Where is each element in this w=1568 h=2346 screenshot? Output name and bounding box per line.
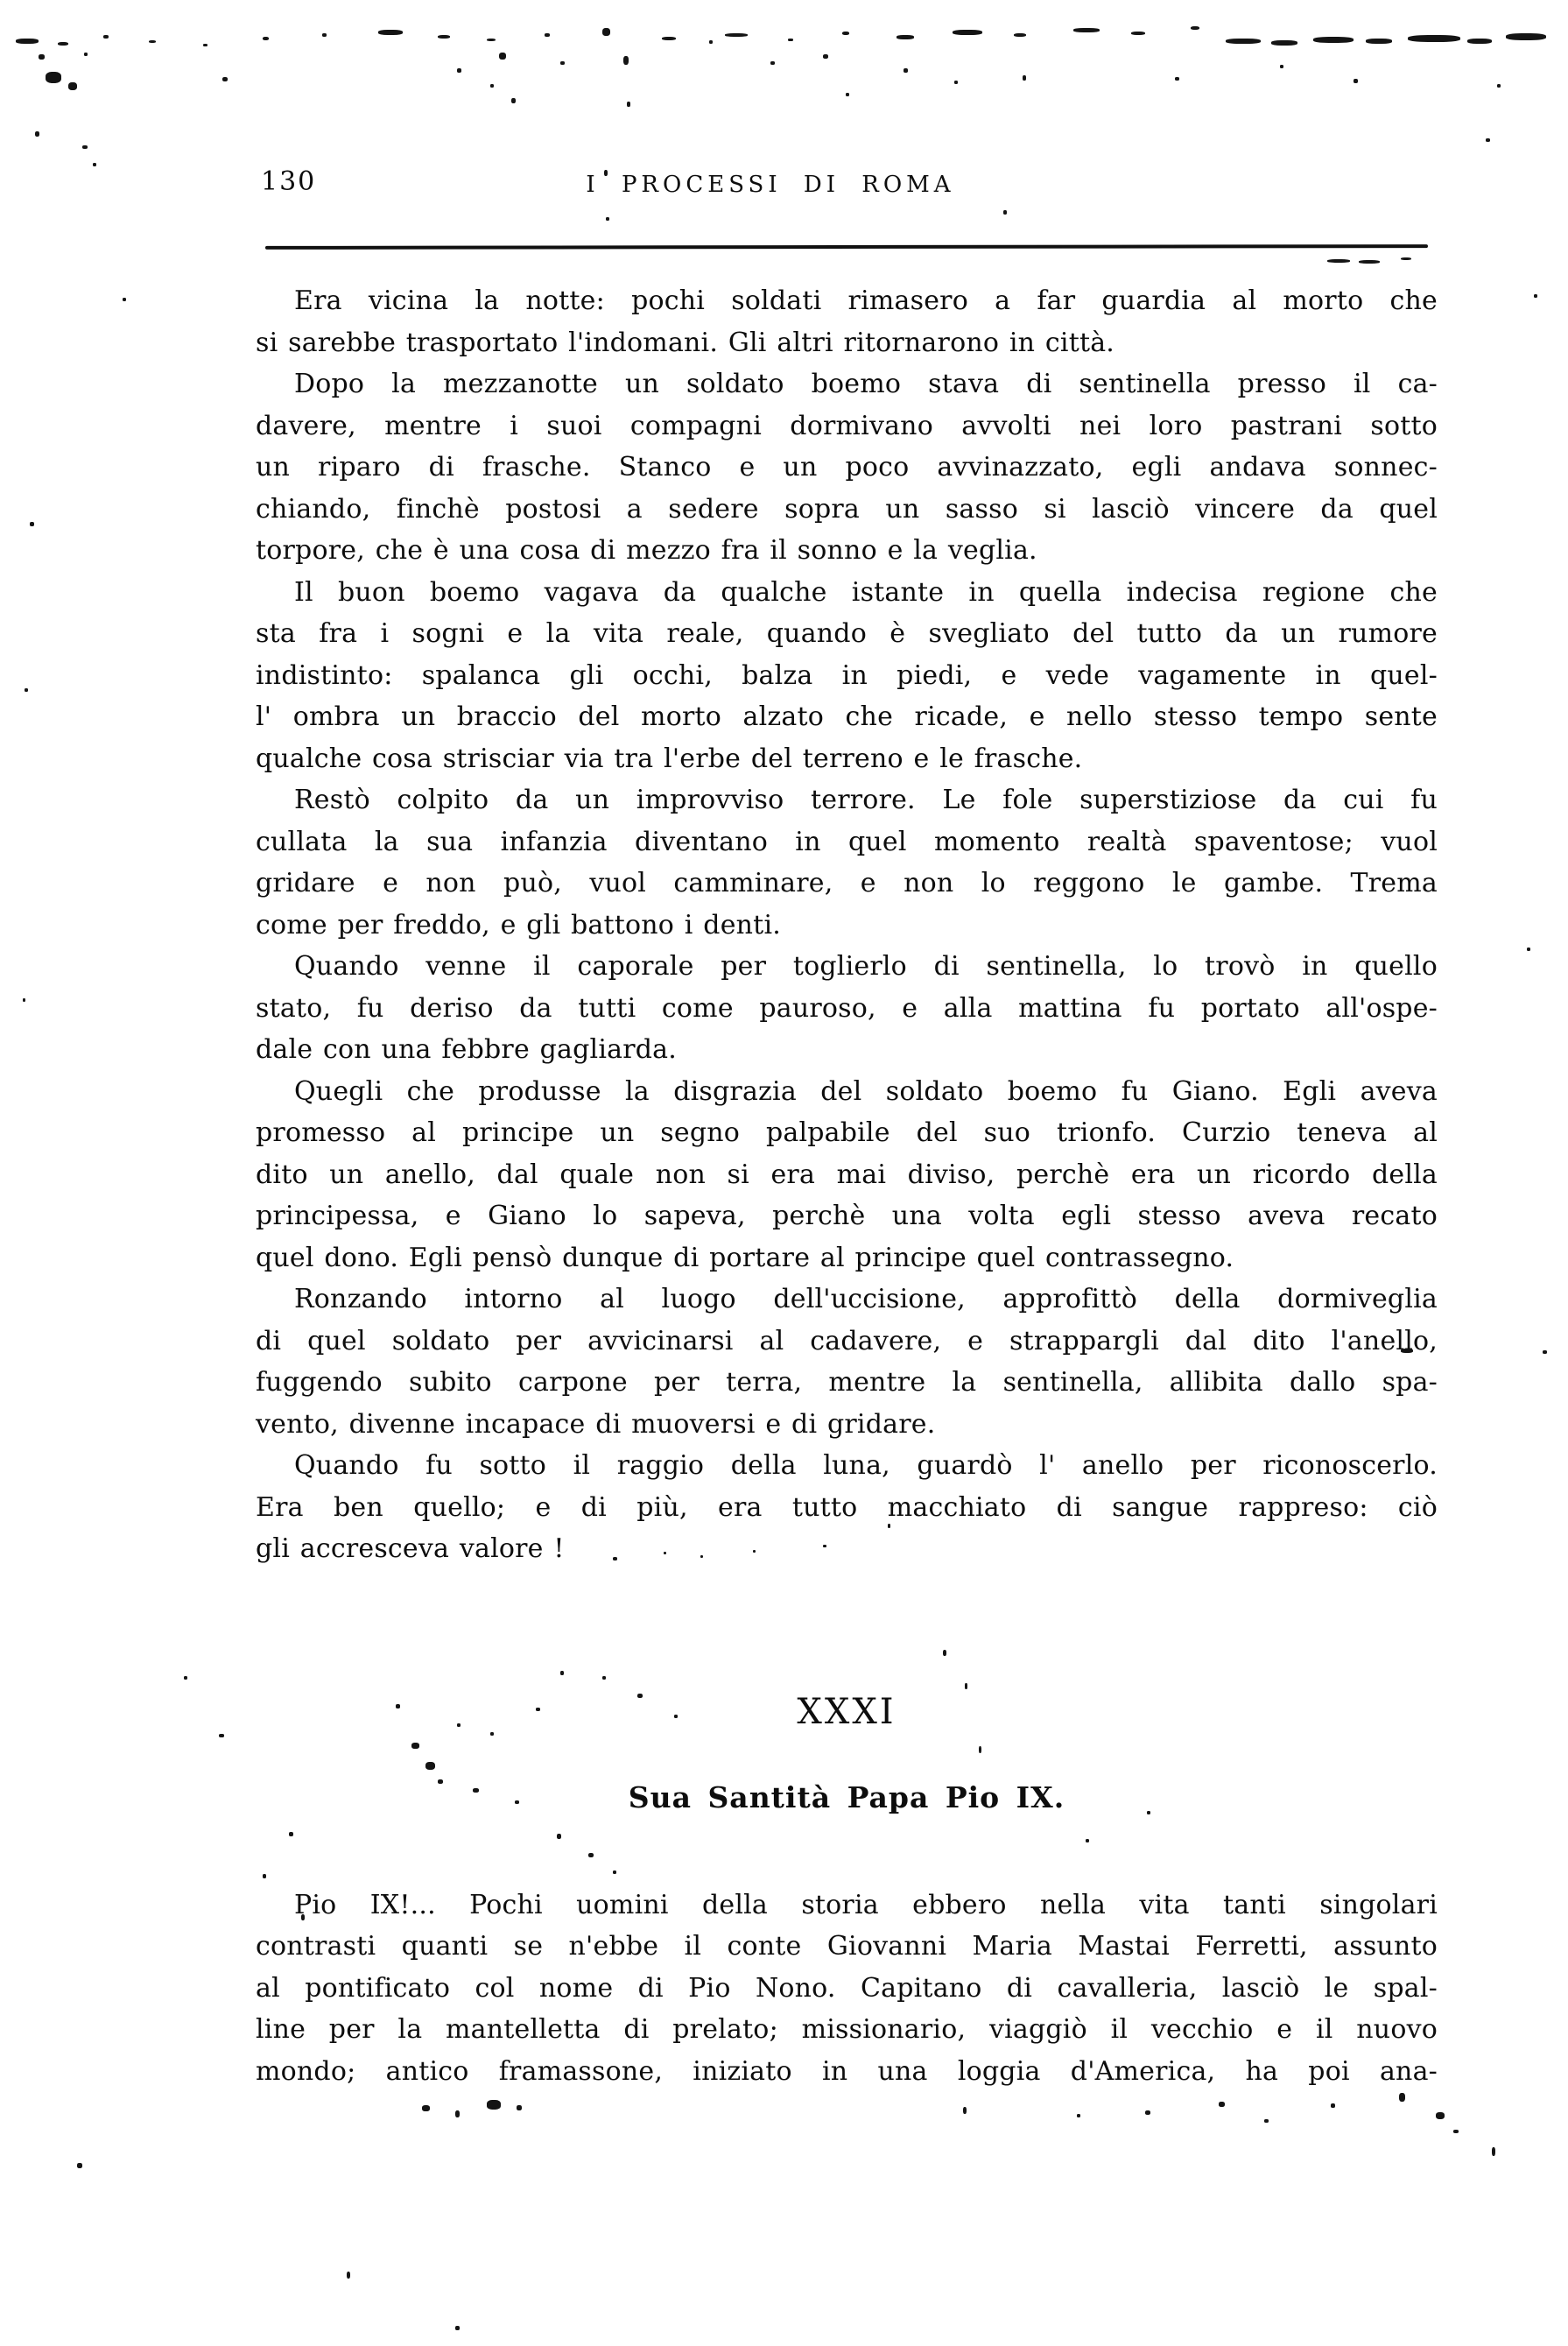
scan-noise-speck	[662, 37, 676, 40]
text-line: mondo; antico framassone, iniziato in un…	[256, 2051, 1438, 2093]
scan-noise-speck	[517, 2105, 522, 2110]
text-line: qualche cosa strisciar via tra l'erbe de…	[256, 738, 1438, 780]
scan-noise-speck	[347, 2272, 350, 2279]
text-line: Ronzando intorno al luogo dell'uccisione…	[256, 1279, 1438, 1321]
scan-noise-speck	[1327, 259, 1350, 263]
text-line: gridare e non può, vuol camminare, e non…	[256, 863, 1438, 905]
scan-noise-speck	[602, 28, 610, 36]
scan-noise-speck	[457, 1723, 461, 1727]
page-body: Era vicina la notte: pochi soldati rimas…	[256, 280, 1438, 2092]
text-line: di quel soldato per avvicinarsi al cadav…	[256, 1321, 1438, 1363]
text-line: promesso al principe un segno palpabile …	[256, 1112, 1438, 1154]
scan-noise-speck	[1226, 39, 1261, 44]
scan-noise-speck	[1014, 33, 1026, 37]
scan-noise-speck	[560, 1671, 564, 1675]
scan-noise-speck	[1401, 1349, 1413, 1353]
scan-noise-speck	[1003, 210, 1007, 215]
scan-noise-speck	[1486, 138, 1490, 142]
scan-noise-speck	[963, 2107, 967, 2114]
scan-noise-speck	[602, 1676, 606, 1680]
scan-noise-speck	[1131, 32, 1145, 35]
scan-noise-speck	[289, 1832, 293, 1836]
scan-noise-speck	[823, 54, 828, 59]
text-line: line per la mantelletta di prelato; miss…	[256, 2009, 1438, 2051]
scan-noise-speck	[979, 1746, 981, 1753]
paragraph: Quegli che produsse la disgrazia del sol…	[256, 1071, 1438, 1279]
scan-noise-speck	[438, 1779, 443, 1784]
paragraph: Restò colpito da un improvviso terrore. …	[256, 779, 1438, 946]
scan-noise-speck	[301, 1914, 305, 1920]
scan-noise-speck	[46, 72, 61, 83]
scan-noise-speck	[322, 33, 327, 37]
scan-noise-speck	[536, 1708, 540, 1711]
scan-noise-speck	[411, 1743, 419, 1749]
scan-noise-speck	[103, 35, 109, 39]
scan-noise-speck	[16, 39, 39, 44]
text-line: torpore, che è una cosa di mezzo fra il …	[256, 530, 1438, 572]
scan-noise-speck	[515, 1800, 519, 1804]
text-line: principessa, e Giano lo sapeva, perchè u…	[256, 1195, 1438, 1237]
scan-noise-speck	[487, 39, 496, 41]
scan-noise-speck	[725, 33, 748, 37]
text-line: Il buon boemo vagava da qualche istante …	[256, 572, 1438, 614]
text-line: vento, divenne incapace di muoversi e di…	[256, 1404, 1438, 1446]
text-line: stato, fu deriso da tutti come pauroso, …	[256, 988, 1438, 1030]
scan-noise-speck	[1436, 2112, 1445, 2119]
scan-noise-speck	[842, 32, 849, 35]
scan-noise-speck	[487, 2100, 501, 2110]
text-line: dito un anello, dal quale non si era mai…	[256, 1154, 1438, 1196]
scan-noise-speck	[203, 44, 207, 46]
scan-noise-speck	[422, 2105, 430, 2111]
scan-noise-speck	[788, 39, 793, 41]
text-line: Quando fu sotto il raggio della luna, gu…	[256, 1445, 1438, 1487]
scan-noise-speck	[1453, 2130, 1459, 2133]
section-number: XXXI	[256, 1690, 1438, 1734]
scan-noise-speck	[545, 33, 550, 37]
text-line: gli accresceva valore !	[256, 1528, 1438, 1570]
running-title: I PROCESSI DI ROMA	[254, 172, 1287, 198]
scan-noise-speck	[674, 1715, 678, 1718]
scan-noise-speck	[455, 2326, 460, 2330]
text-line: cullata la sua infanzia diventano in que…	[256, 821, 1438, 863]
scan-noise-speck	[1527, 948, 1530, 951]
scan-noise-speck	[68, 82, 77, 90]
scan-noise-speck	[1175, 77, 1179, 81]
scan-noise-speck	[613, 1870, 616, 1874]
text-line: sta fra i sogni e la vita reale, quando …	[256, 613, 1438, 655]
paragraph: Ronzando intorno al luogo dell'uccisione…	[256, 1279, 1438, 1445]
text-line: indistinto: spalanca gli occhi, balza in…	[256, 655, 1438, 697]
scan-noise-speck	[753, 1550, 756, 1553]
paragraph: Pio IX!... Pochi uomini della storia ebb…	[256, 1885, 1438, 2093]
scan-noise-speck	[1354, 79, 1358, 83]
scan-noise-speck	[1145, 2110, 1150, 2115]
scan-noise-speck	[396, 1704, 400, 1708]
text-line: l' ombra un braccio del morto alzato che…	[256, 696, 1438, 738]
text-line: Pio IX!... Pochi uomini della storia ebb…	[256, 1885, 1438, 1927]
scan-noise-speck	[588, 1853, 594, 1857]
scan-noise-speck	[1023, 75, 1026, 81]
header-divider	[265, 244, 1428, 250]
scan-noise-speck	[664, 1552, 666, 1554]
scan-noise-speck	[888, 1524, 890, 1528]
text-line: come per freddo, e gli battono i denti.	[256, 905, 1438, 947]
paragraph: Quando fu sotto il raggio della luna, gu…	[256, 1445, 1438, 1570]
scan-noise-speck	[557, 1834, 561, 1839]
scan-noise-speck	[1467, 39, 1492, 44]
scan-noise-speck	[30, 522, 34, 526]
text-line: davere, mentre i suoi compagni dormivano…	[256, 405, 1438, 447]
scan-noise-speck	[1543, 1350, 1547, 1354]
scan-noise-speck	[965, 1683, 967, 1689]
scan-noise-speck	[1534, 294, 1537, 298]
scan-noise-speck	[1086, 1839, 1089, 1842]
scan-noise-speck	[700, 1555, 703, 1558]
paragraph: Era vicina la notte: pochi soldati rimas…	[256, 280, 1438, 363]
scan-noise-speck	[623, 56, 629, 65]
text-line: si sarebbe trasportato l'indomani. Gli a…	[256, 322, 1438, 364]
scan-noise-speck	[1147, 1811, 1150, 1814]
paragraph: Dopo la mezzanotte un soldato boemo stav…	[256, 363, 1438, 572]
scan-noise-speck	[222, 77, 228, 81]
scan-noise-speck	[904, 68, 908, 73]
scan-noise-speck	[455, 2110, 460, 2117]
scan-noise-speck	[1366, 39, 1392, 44]
scan-noise-speck	[1264, 2119, 1269, 2123]
scan-noise-speck	[943, 1650, 946, 1656]
scan-noise-speck	[184, 1676, 187, 1680]
scan-noise-speck	[1077, 2114, 1080, 2117]
scan-noise-speck	[490, 84, 494, 88]
scan-noise-speck	[25, 688, 28, 692]
scan-noise-speck	[1359, 260, 1380, 264]
scan-noise-speck	[58, 42, 68, 46]
scan-noise-speck	[93, 163, 96, 166]
scan-noise-speck	[1401, 257, 1411, 260]
scan-noise-speck	[606, 217, 609, 221]
scan-noise-speck	[1280, 65, 1283, 68]
scan-noise-speck	[499, 53, 506, 60]
scan-noise-speck	[1399, 2093, 1405, 2102]
scan-noise-speck	[613, 1557, 617, 1560]
text-line: quel dono. Egli pensò dunque di portare …	[256, 1237, 1438, 1279]
scan-noise-speck	[1073, 28, 1100, 32]
scan-noise-speck	[1331, 2103, 1335, 2108]
scan-noise-speck	[897, 35, 914, 39]
text-line: fuggendo subito carpone per terra, mentr…	[256, 1362, 1438, 1404]
text-line: al pontificato col nome di Pio Nono. Cap…	[256, 1968, 1438, 2010]
text-line: chiando, finchè postosi a sedere sopra u…	[256, 489, 1438, 531]
scan-noise-speck	[637, 1694, 643, 1698]
text-line: Dopo la mezzanotte un soldato boemo stav…	[256, 363, 1438, 405]
scan-noise-speck	[473, 1788, 479, 1793]
text-line: Restò colpito da un improvviso terrore. …	[256, 779, 1438, 821]
scan-noise-speck	[846, 93, 849, 96]
scan-noise-speck	[425, 1762, 435, 1770]
scan-noise-speck	[1408, 35, 1460, 42]
text-line: un riparo di frasche. Stanco e un poco a…	[256, 447, 1438, 489]
scan-noise-speck	[457, 68, 461, 73]
section-title: Sua Santità Papa Pio IX.	[256, 1778, 1438, 1818]
scan-noise-speck	[149, 40, 156, 43]
scan-noise-speck	[1191, 26, 1199, 30]
scan-noise-speck	[560, 61, 565, 65]
text-line: Era ben quello; e di più, era tutto macc…	[256, 1487, 1438, 1529]
text-line: Quegli che produsse la disgrazia del sol…	[256, 1071, 1438, 1113]
scan-noise-speck	[823, 1545, 826, 1547]
scan-noise-speck	[84, 53, 88, 56]
scan-noise-speck	[123, 298, 126, 301]
scan-noise-speck	[263, 37, 269, 40]
book-page-scan: 130 I PROCESSI DI ROMA Era vicina la not…	[0, 0, 1568, 2346]
text-line: dale con una febbre gagliarda.	[256, 1029, 1438, 1071]
scan-noise-speck	[263, 1874, 266, 1878]
scan-noise-speck	[1497, 84, 1501, 88]
scan-noise-speck	[35, 131, 39, 137]
scan-noise-speck	[1492, 2147, 1495, 2156]
paragraph: Il buon boemo vagava da qualche istante …	[256, 572, 1438, 780]
scan-noise-speck	[23, 998, 25, 1002]
scan-noise-speck	[511, 98, 516, 103]
scan-noise-speck	[77, 2163, 82, 2168]
scan-noise-speck	[1506, 33, 1546, 40]
scan-noise-speck	[709, 40, 713, 44]
scan-noise-speck	[604, 170, 608, 176]
scan-noise-speck	[627, 102, 630, 107]
text-line: Quando venne il caporale per toglierlo d…	[256, 946, 1438, 988]
scan-noise-speck	[953, 30, 982, 35]
scan-noise-speck	[954, 81, 958, 84]
text-line: Era vicina la notte: pochi soldati rimas…	[256, 280, 1438, 322]
text-line: contrasti quanti se n'ebbe il conte Giov…	[256, 1926, 1438, 1968]
scan-noise-speck	[438, 35, 450, 39]
scan-noise-speck	[39, 54, 45, 60]
scan-noise-speck	[219, 1734, 224, 1737]
scan-noise-speck	[378, 30, 403, 35]
scan-noise-speck	[82, 145, 88, 149]
scan-noise-speck	[770, 61, 775, 65]
scan-noise-speck	[1313, 37, 1354, 43]
paragraph: Quando venne il caporale per toglierlo d…	[256, 946, 1438, 1071]
scan-noise-speck	[1271, 40, 1297, 46]
scan-noise-speck	[1219, 2102, 1225, 2107]
scan-noise-speck	[490, 1732, 494, 1736]
